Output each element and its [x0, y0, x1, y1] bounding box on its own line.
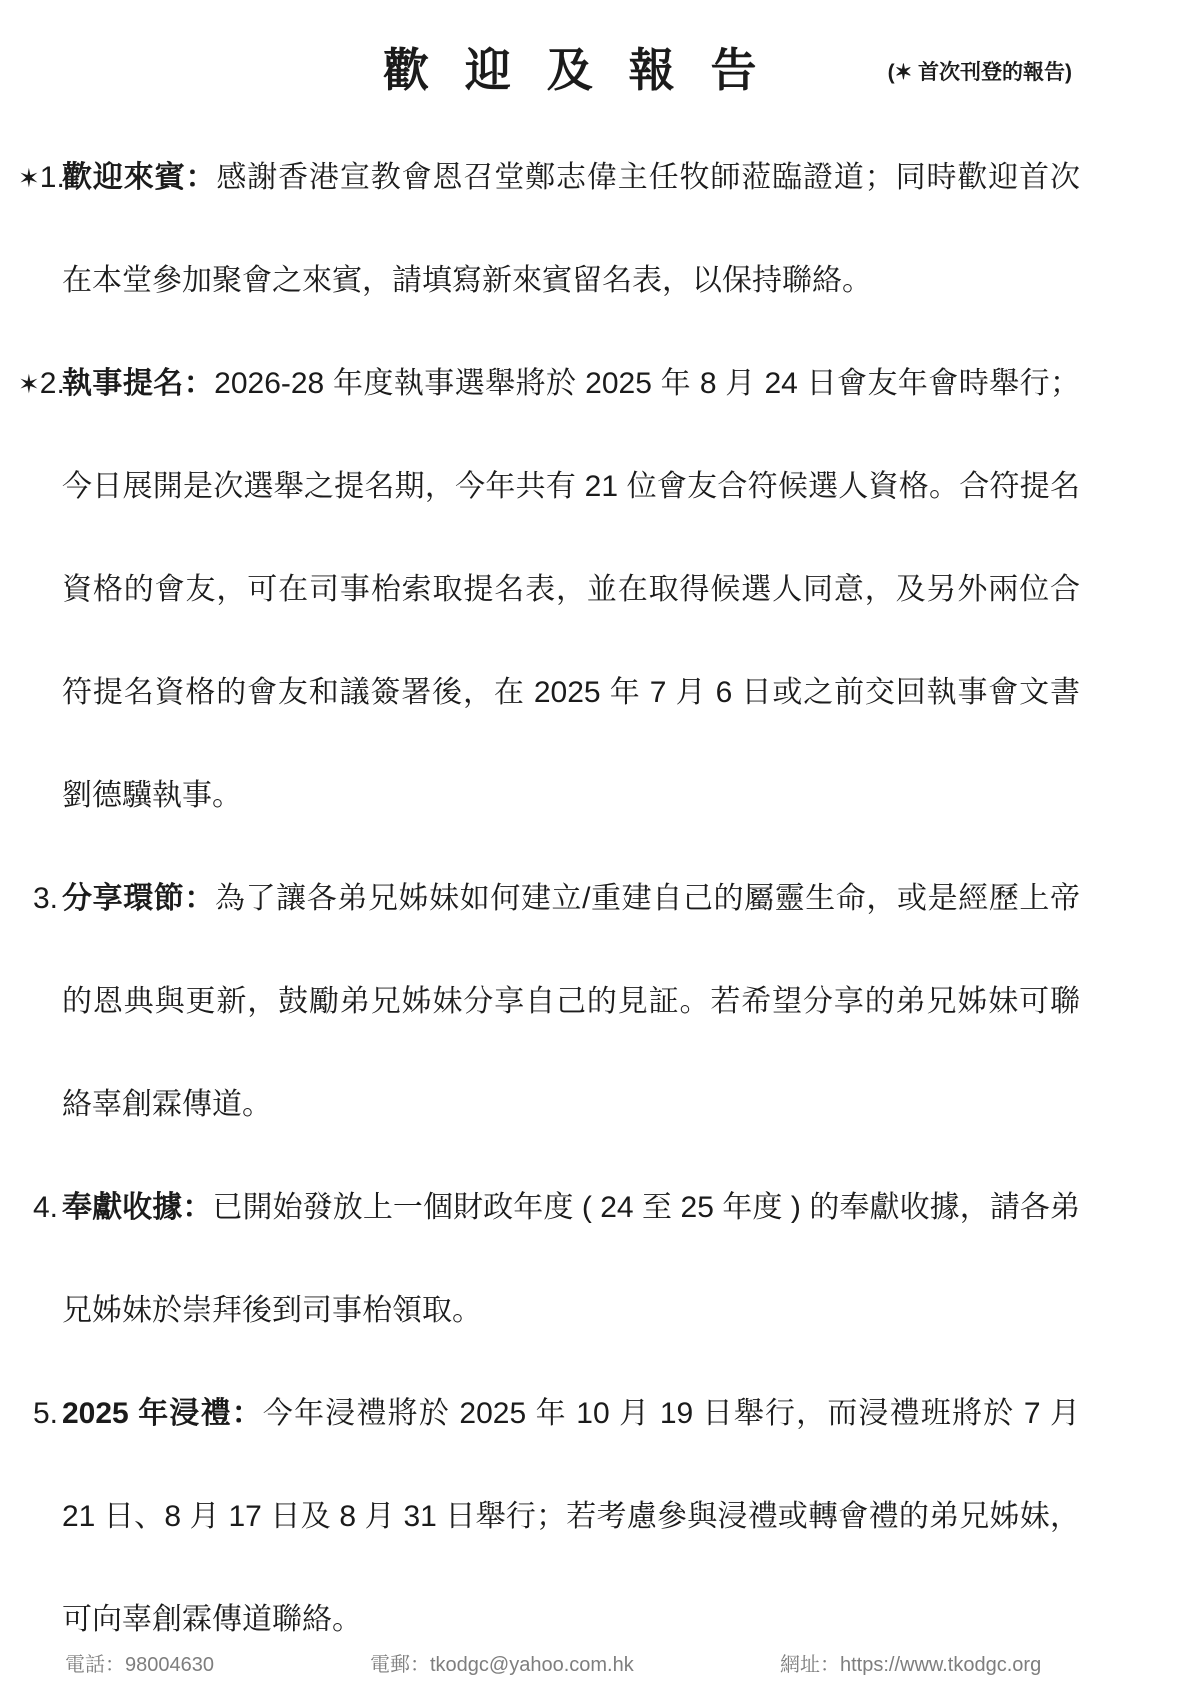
- item-label: 奉獻收據：: [62, 1191, 212, 1224]
- announcement-item-4: 4. 奉獻收據：已開始發放上一個財政年度 ( 24 至 25 年度 ) 的奉獻收…: [18, 1156, 1080, 1362]
- footer-phone: 電話：98004630: [65, 1648, 214, 1677]
- item-marker: ✶2.: [18, 332, 58, 436]
- item-marker: 3.: [18, 847, 58, 951]
- announcement-item-5: 5. 2025 年浸禮：今年浸禮將於 2025 年 10 月 19 日舉行，而浸…: [18, 1362, 1080, 1671]
- item-text: 2026-28 年度執事選舉將於 2025 年 8 月 24 日會友年會時舉行；…: [62, 367, 1080, 812]
- page-header: 歡迎及報告 (✶ 首次刊登的報告): [0, 0, 1200, 116]
- item-label: 歡迎來賓：: [62, 161, 216, 194]
- footer-email: 電郵：tkodgc@yahoo.com.hk: [370, 1648, 634, 1677]
- first-publish-star-icon: ✶: [18, 163, 40, 193]
- page-footer: 電話：98004630 電郵：tkodgc@yahoo.com.hk 網址：ht…: [0, 1648, 1200, 1684]
- item-number: 4.: [33, 1191, 58, 1224]
- page-title: 歡迎及報告: [383, 34, 792, 100]
- footer-website: 網址：https://www.tkodgc.org: [780, 1648, 1041, 1677]
- item-text: 為了讓各弟兄姊妹如何建立/重建自己的屬靈生命，或是經歷上帝的恩典與更新，鼓勵弟兄…: [62, 882, 1080, 1121]
- first-publish-star-icon: ✶: [18, 369, 40, 399]
- item-marker: 4.: [18, 1156, 58, 1260]
- item-text: 今年浸禮將於 2025 年 10 月 19 日舉行，而浸禮班將於 7 月 21 …: [62, 1397, 1080, 1636]
- announcement-item-2: ✶2. 執事提名：2026-28 年度執事選舉將於 2025 年 8 月 24 …: [18, 332, 1080, 847]
- item-marker: 5.: [18, 1362, 58, 1466]
- announcement-item-3: 3. 分享環節：為了讓各弟兄姊妹如何建立/重建自己的屬靈生命，或是經歷上帝的恩典…: [18, 847, 1080, 1156]
- announcement-item-1: ✶1. 歡迎來賓：感謝香港宣教會恩召堂鄭志偉主任牧師蒞臨證道；同時歡迎首次在本堂…: [18, 126, 1080, 332]
- item-marker: ✶1.: [18, 126, 58, 230]
- item-text: 已開始發放上一個財政年度 ( 24 至 25 年度 ) 的奉獻收據，請各弟兄姊妹…: [62, 1191, 1080, 1327]
- first-publish-note: (✶ 首次刊登的報告): [888, 56, 1072, 86]
- item-number: 2.: [40, 367, 65, 400]
- item-label: 執事提名：: [62, 367, 214, 400]
- item-label: 2025 年浸禮：: [62, 1397, 263, 1430]
- item-number: 5.: [33, 1397, 58, 1430]
- announcement-list: ✶1. 歡迎來賓：感謝香港宣教會恩召堂鄭志偉主任牧師蒞臨證道；同時歡迎首次在本堂…: [18, 126, 1080, 1671]
- item-number: 3.: [33, 882, 58, 915]
- item-label: 分享環節：: [62, 882, 215, 915]
- item-number: 1.: [40, 161, 65, 194]
